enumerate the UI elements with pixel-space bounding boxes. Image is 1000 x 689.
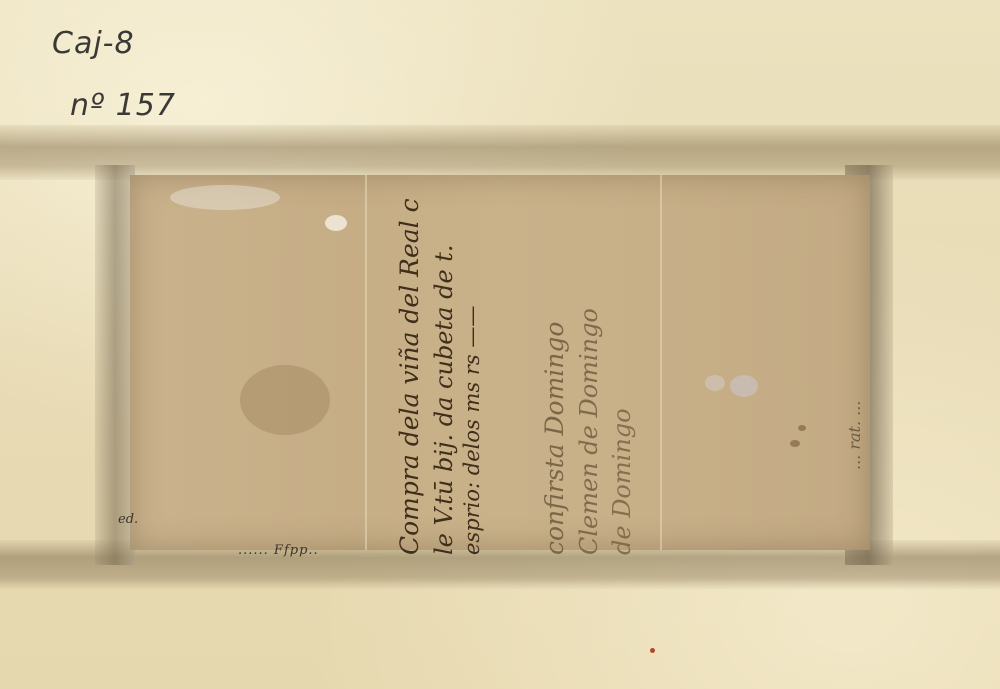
text-line-4: confirsta Domingo (540, 322, 569, 555)
text-line-6: de Domingo (608, 408, 636, 555)
vertical-crease (660, 175, 662, 550)
left-fold-stain (95, 165, 135, 565)
worn-spot (730, 375, 758, 397)
red-mark (650, 648, 655, 653)
inner-folded-panel (130, 175, 870, 550)
archive-number-label: nº 157 (70, 88, 176, 123)
text-line-2: le V.tū bij. da cubeta de t. (430, 244, 458, 555)
left-margin-note: ed. (118, 512, 138, 527)
text-line-3: esprio: delos ms rs —— (460, 306, 484, 555)
text-line-1: Compra dela viña del Real c (395, 198, 424, 555)
ink-spot (798, 425, 806, 431)
archive-box-label: Caj-8 (52, 26, 135, 61)
bottom-edge-note: ...... Ffpp.. (238, 543, 319, 558)
ink-spot (790, 440, 800, 447)
text-line-5: Clemen de Domingo (575, 308, 603, 555)
parchment-document: Caj-8 nº 157 Compra dela viña del Real c… (0, 0, 1000, 689)
worn-spot (170, 185, 280, 210)
right-margin-note: ... rat. ... (845, 401, 864, 470)
vertical-crease (365, 175, 367, 550)
worn-spot (705, 375, 725, 391)
water-stain (240, 365, 330, 435)
worn-spot (325, 215, 347, 231)
